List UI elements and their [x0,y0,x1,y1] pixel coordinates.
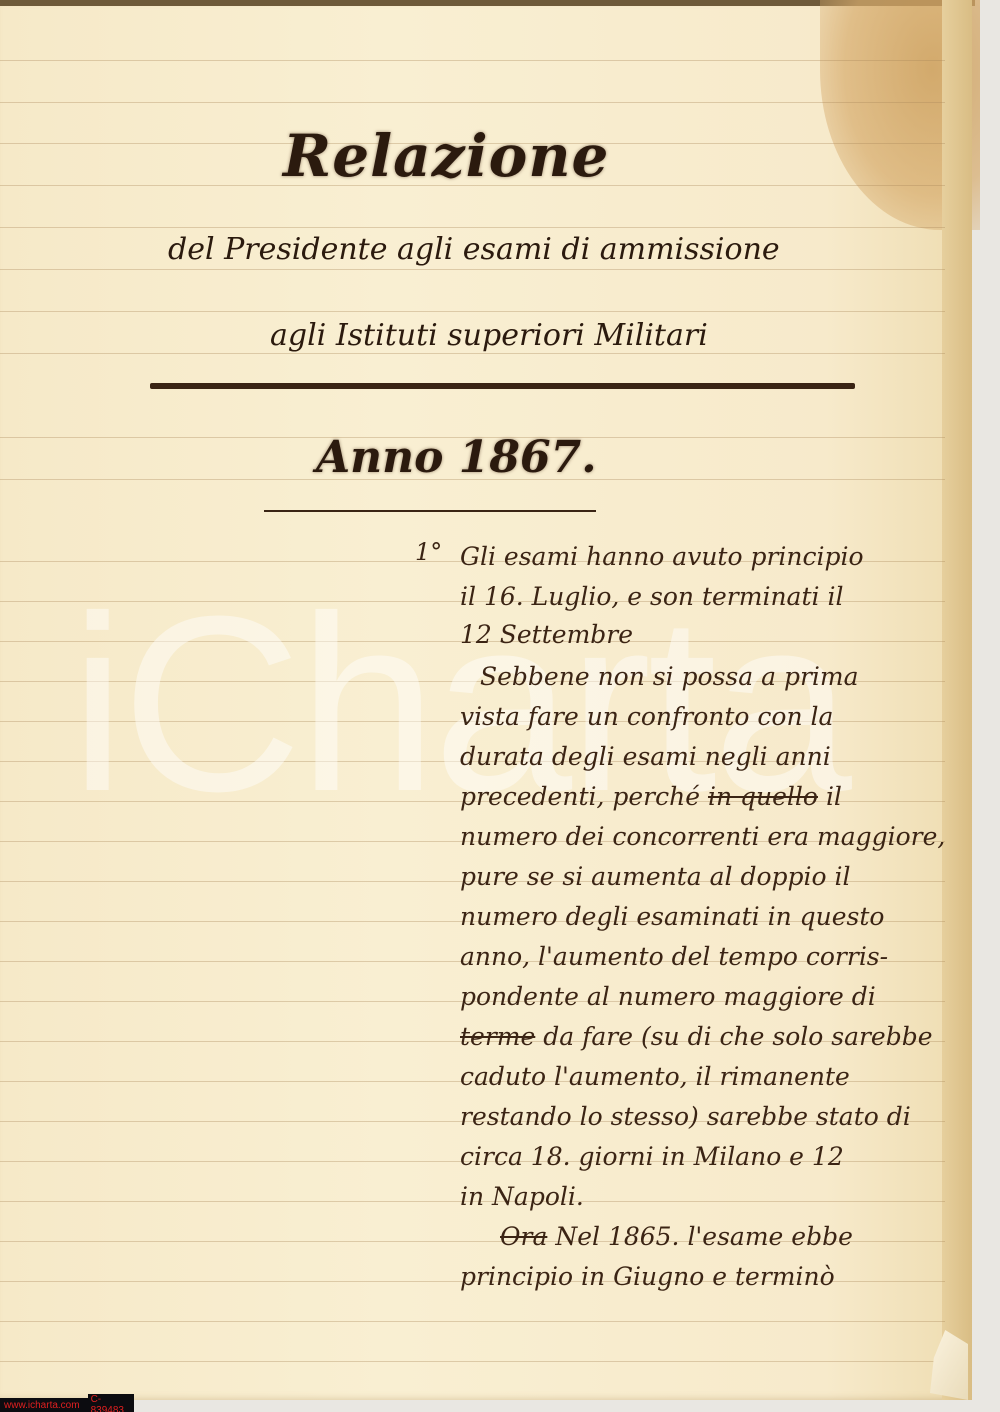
body-text: da fare (su di che solo sarebbe [543,1022,932,1051]
body-line: vista fare un confronto con la [460,702,833,731]
ruled-line [0,1361,945,1362]
body-line: caduto l'aumento, il rimanente [460,1062,850,1091]
ruled-line [0,227,945,228]
body-line: anno, l'aumento del tempo corris- [460,942,888,971]
document-subtitle-line2: agli Istituti superiori Militari [270,318,708,353]
page-edge [942,0,972,1400]
body-line: numero degli esaminati in questo [460,902,885,931]
section-number: 1° [415,538,442,566]
footer-watermark-strip: www.icharta.com C-839483 [0,1398,134,1412]
footer-site: www.icharta.com [4,1400,80,1411]
year-underline [264,510,596,512]
body-line: Gli esami hanno avuto principio [460,542,864,571]
ruled-line [0,269,945,270]
body-line: pure se si aumenta al doppio il [460,862,851,891]
body-text: il [826,782,842,811]
ruled-line [0,311,945,312]
body-text: precedenti, perché [460,782,700,811]
body-line: il 16. Luglio, e son terminati il [460,582,843,611]
struck-text: in quello [708,782,818,811]
body-line: pondente al numero maggiore di [460,982,876,1011]
body-line: Sebbene non si possa a prima [480,662,859,691]
body-line: restando lo stesso) sarebbe stato di [460,1102,911,1131]
struck-text: terme [460,1022,535,1051]
body-line: in Napoli. [460,1182,584,1211]
ruled-line [0,60,945,61]
document-subtitle-line1: del Presidente agli esami di ammissione [168,232,780,267]
ruled-line [0,102,945,103]
ruled-line [0,1321,945,1322]
document-title: Relazione [283,122,609,190]
body-line: precedenti, perché in quello il [460,782,842,811]
body-line: numero dei concorrenti era maggiore, [460,822,945,851]
heading-divider [150,383,855,389]
torn-corner [930,1330,968,1400]
body-line: durata degli esami negli anni [460,742,831,771]
manuscript-page: iCharta Relazione del Presidente agli es… [0,0,972,1400]
body-line: circa 18. giorni in Milano e 12 [460,1142,844,1171]
body-line: principio in Giugno e terminò [460,1262,835,1291]
footer-code: C-839483 [88,1394,134,1412]
body-line: 12 Settembre [460,620,633,649]
body-line: terme da fare (su di che solo sarebbe [460,1022,933,1051]
body-text: Nel 1865. l'esame ebbe [555,1222,853,1251]
body-line: Ora Nel 1865. l'esame ebbe [500,1222,853,1251]
ruled-line [0,353,945,354]
year-heading: Anno 1867. [316,432,597,483]
struck-text: Ora [500,1222,547,1251]
